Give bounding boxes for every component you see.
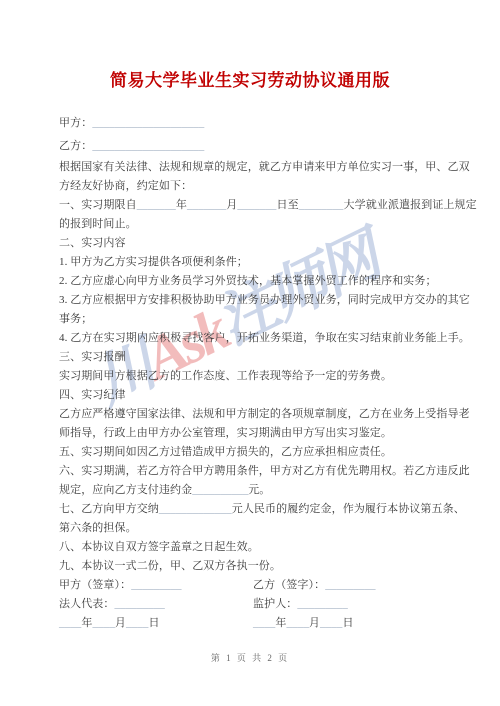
doc-line: 实习期间甲方根据乙方的工作态度、工作表现等给予一定的劳务费。 — [59, 367, 462, 386]
doc-line-deposit: 七、乙方向甲方交纳_____________元人民币的履约定金，作为履行本协议第… — [59, 500, 462, 519]
page-number: 第 1 页 共 2 页 — [0, 651, 500, 664]
section-heading: 四、实习纪律 — [59, 386, 462, 405]
section-heading: 三、实习报酬 — [59, 348, 462, 367]
section-heading: 二、实习内容 — [59, 234, 462, 253]
doc-line: 根据国家有关法律、法规和规章的规定，就乙方申请来甲方单位实习一事，甲、乙双 — [59, 158, 462, 177]
doc-line: 事务； — [59, 310, 462, 329]
doc-line: 2. 乙方应虚心向甲方业务员学习外贸技术，基本掌握外贸工作的程序和实务； — [59, 272, 462, 291]
doc-line: 4. 乙方在实习期内应积极寻找客户，开拓业务渠道，争取在实习结束前业务能上手。 — [59, 329, 462, 348]
document-page: 川Ask注师网 简易大学毕业生实习劳动协议通用版 甲方：____________… — [0, 0, 500, 706]
doc-line: 第六条的担保。 — [59, 519, 462, 538]
signature-row: 甲方（签章）：_________ 乙方（签字）：_________ — [59, 576, 462, 595]
party-b-signature-field: 乙方（签字）：_________ — [253, 576, 462, 595]
legal-representative-field: 法人代表：_________ — [59, 595, 253, 614]
doc-line: 的报到时间止。 — [59, 215, 462, 234]
date-row: ____年____月____日 ____年____月____日 — [59, 614, 462, 633]
party-a-field: 甲方：____________________ — [59, 112, 462, 135]
document-title: 简易大学毕业生实习劳动协议通用版 — [0, 66, 500, 91]
document-body: 甲方：____________________ 乙方：_____________… — [59, 112, 462, 633]
doc-line: 1. 甲方为乙方实习提供各项便利条件； — [59, 253, 462, 272]
party-b-date-field: ____年____月____日 — [253, 614, 462, 633]
party-a-date-field: ____年____月____日 — [59, 614, 253, 633]
doc-line: 方经友好协商，约定如下： — [59, 177, 462, 196]
guardian-field: 监护人：_________ — [253, 595, 462, 614]
doc-line: 九、本协议一式二份，甲、乙双方各执一份。 — [59, 557, 462, 576]
doc-line: 六、实习期满，若乙方符合甲方聘用条件，甲方对乙方有优先聘用权。若乙方违反此 — [59, 462, 462, 481]
doc-line-penalty: 规定，应向乙方支付违约金__________元。 — [59, 481, 462, 500]
representative-row: 法人代表：_________ 监护人：_________ — [59, 595, 462, 614]
doc-line: 乙方应严格遵守国家法律、法规和甲方制定的各项规章制度，乙方在业务上受指导老 — [59, 405, 462, 424]
doc-line: 3. 乙方应根据甲方安排积极协助甲方业务员办理外贸业务，同时完成甲方交办的其它 — [59, 291, 462, 310]
doc-line-term: 一、实习期限自_______年_______月_______日至________… — [59, 196, 462, 215]
party-a-signature-field: 甲方（签章）：_________ — [59, 576, 253, 595]
party-b-field: 乙方：____________________ — [59, 135, 462, 158]
doc-line: 八、本协议自双方签字盖章之日起生效。 — [59, 538, 462, 557]
doc-line: 师指导，行政上由甲方办公室管理，实习期满由甲方写出实习鉴定。 — [59, 424, 462, 443]
doc-line: 五、实习期间如因乙方过错造成甲方损失的，乙方应承担相应责任。 — [59, 443, 462, 462]
